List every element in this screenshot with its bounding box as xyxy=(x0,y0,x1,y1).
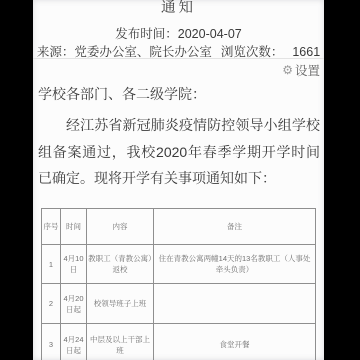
source-value: 党委办公室、院长办公室 xyxy=(74,45,212,59)
cell-no: 1 xyxy=(42,245,61,284)
table-header-row: 序号 时间 内容 备注 xyxy=(42,209,316,245)
table-row: 2 4月20日起 校领导班子上班 xyxy=(42,284,316,324)
gear-icon: ⚙ xyxy=(282,64,293,76)
cell-time: 4月20日起 xyxy=(61,284,87,324)
cell-time: 4月10日 xyxy=(61,245,87,284)
col-header-remark: 备注 xyxy=(154,209,316,245)
cell-content: 教职工（青教公寓）返校 xyxy=(87,245,154,284)
views-label: 浏览次数： xyxy=(221,45,284,59)
schedule-table: 序号 时间 内容 备注 1 4月10日 教职工（青教公寓）返校 住在青教公寓两幢… xyxy=(41,208,316,360)
col-header-no: 序号 xyxy=(42,209,61,245)
cell-no: 2 xyxy=(42,284,61,324)
views-count: 1661 xyxy=(292,45,320,59)
cell-remark: 食堂开餐 xyxy=(154,324,316,360)
table-row: 3 4月24日起 中层及以上干部上班 食堂开餐 xyxy=(42,324,316,360)
header-divider xyxy=(33,58,324,59)
cell-remark xyxy=(154,284,316,324)
publish-time-value: 2020-04-07 xyxy=(178,27,242,41)
cell-remark: 住在青教公寓两幢14天的13名教职工（人事处牵头负责） xyxy=(154,245,316,284)
cell-no: 3 xyxy=(42,324,61,360)
cell-time: 4月24日起 xyxy=(61,324,87,360)
table-row: 1 4月10日 教职工（青教公寓）返校 住在青教公寓两幢14天的13名教职工（人… xyxy=(42,245,316,284)
notice-body-paragraph: 经江苏省新冠肺炎疫情防控领导小组学校组备案通过，我校2020年春季学期开学时间已… xyxy=(38,112,320,192)
col-header-time: 时间 xyxy=(61,209,87,245)
salutation-text: 学校各部门、各二级学院： xyxy=(38,84,319,104)
page-title: 通知 xyxy=(33,0,324,17)
settings-label: 设置 xyxy=(295,61,320,79)
notice-page: { "header": { "title": "通知", "publish_la… xyxy=(0,0,360,360)
notice-document: 通知 发布时间：2020-04-07 来源：党委办公室、院长办公室浏览次数：16… xyxy=(33,0,324,360)
publish-time-label: 发布时间： xyxy=(115,27,178,41)
publish-time-line: 发布时间：2020-04-07 xyxy=(33,24,324,42)
source-label: 来源： xyxy=(37,45,75,59)
col-header-content: 内容 xyxy=(87,209,154,245)
settings-button[interactable]: ⚙ 设置 xyxy=(282,61,320,79)
cell-content: 中层及以上干部上班 xyxy=(87,324,154,360)
cell-content: 校领导班子上班 xyxy=(87,284,154,324)
